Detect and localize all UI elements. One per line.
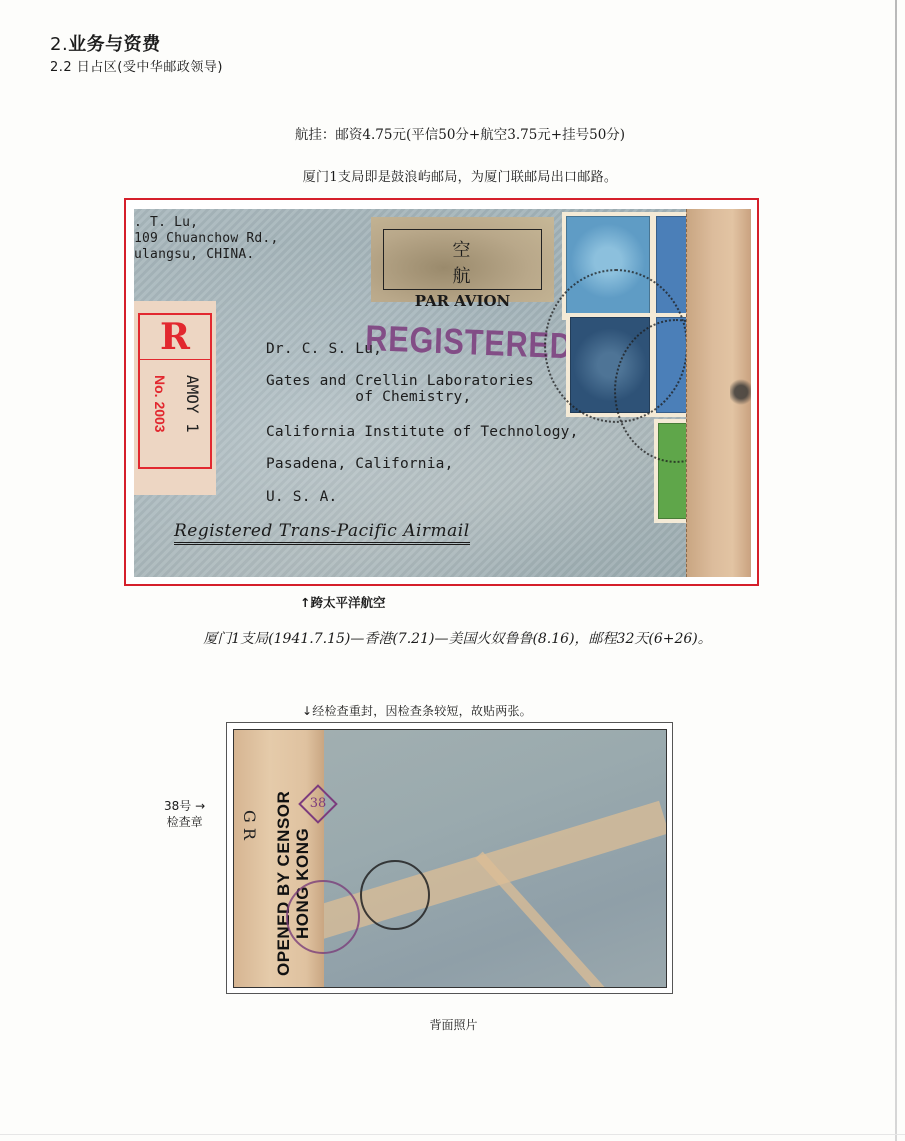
front-cover-frame: . T. Lu, 109 Chuanchow Rd., ulangsu, CHI…	[124, 198, 759, 586]
recipient-line-1: Dr. C. S. Lu,	[266, 341, 382, 357]
office-note: 厦门1支局即是鼓浪屿邮局，为厦门联邮局出口邮路。	[0, 166, 905, 185]
airmail-label: 空航 PAR AVION	[371, 217, 554, 302]
registration-office: AMOY 1	[183, 375, 202, 433]
section-title: 2.业务与资费	[50, 30, 161, 56]
recipient-line-6: U. S. A.	[266, 489, 337, 505]
back-cover-frame: G R OPENED BY CENSOR HONG KONG 38	[226, 722, 673, 994]
page-edge-bottom	[0, 1134, 905, 1135]
registered-handstamp: REGISTERED	[365, 317, 574, 367]
back-caption: 背面照片	[0, 1016, 905, 1033]
subsection-title: 2.2 日占区(受中华邮政领导)	[50, 56, 223, 75]
honolulu-postmark	[286, 880, 360, 954]
censor-number: 38	[306, 792, 330, 816]
censor-stamp-note-line1: 38号 →	[164, 798, 205, 814]
gr-cypher: G R	[240, 810, 259, 840]
hong-kong-postmark	[360, 860, 430, 930]
envelope-flap-seam	[475, 852, 616, 988]
postage-description: 航挂：邮资4.75元(平信50分+航空3.75元+挂号50分)	[0, 123, 905, 143]
route-description: 厦门1支局(1941.7.15)—香港(7.21)—美国火奴鲁鲁(8.16)，邮…	[0, 628, 905, 648]
section-number: 2.	[50, 34, 68, 55]
sender-line-3: ulangsu, CHINA.	[134, 247, 254, 262]
registration-number: No. 2003	[152, 375, 168, 433]
censor-stamp-note-line2: 检查章	[164, 814, 205, 830]
reseal-note: ↓经检查重封，因检查条较短，故贴两张。	[302, 702, 532, 719]
recipient-line-5: Pasadena, California,	[266, 456, 454, 472]
crown-emblem-icon	[730, 377, 751, 407]
sender-line-1: . T. Lu,	[134, 215, 198, 230]
front-caption: ↑跨太平洋航空	[300, 593, 385, 611]
front-cover-image: . T. Lu, 109 Chuanchow Rd., ulangsu, CHI…	[134, 209, 751, 577]
airmail-label-en: PAR AVION	[384, 292, 541, 310]
airmail-label-cn: 空航	[384, 236, 541, 288]
handwritten-annotation: Registered Trans-Pacific Airmail	[174, 521, 470, 545]
section-title-text: 业务与资费	[68, 34, 161, 55]
registration-label: R No. 2003 AMOY 1	[134, 301, 216, 495]
back-cover-image: G R OPENED BY CENSOR HONG KONG 38	[233, 729, 667, 988]
sender-line-2: 109 Chuanchow Rd.,	[134, 231, 278, 246]
registration-letter: R	[140, 315, 210, 360]
recipient-line-4: California Institute of Technology,	[266, 424, 579, 440]
censor-text-line1: OPENED BY CENSOR	[274, 791, 293, 976]
recipient-line-2: Gates and Crellin Laboratories	[266, 373, 534, 389]
censor-stamp-note: 38号 → 检查章	[164, 798, 205, 830]
recipient-line-3: of Chemistry,	[266, 389, 471, 405]
